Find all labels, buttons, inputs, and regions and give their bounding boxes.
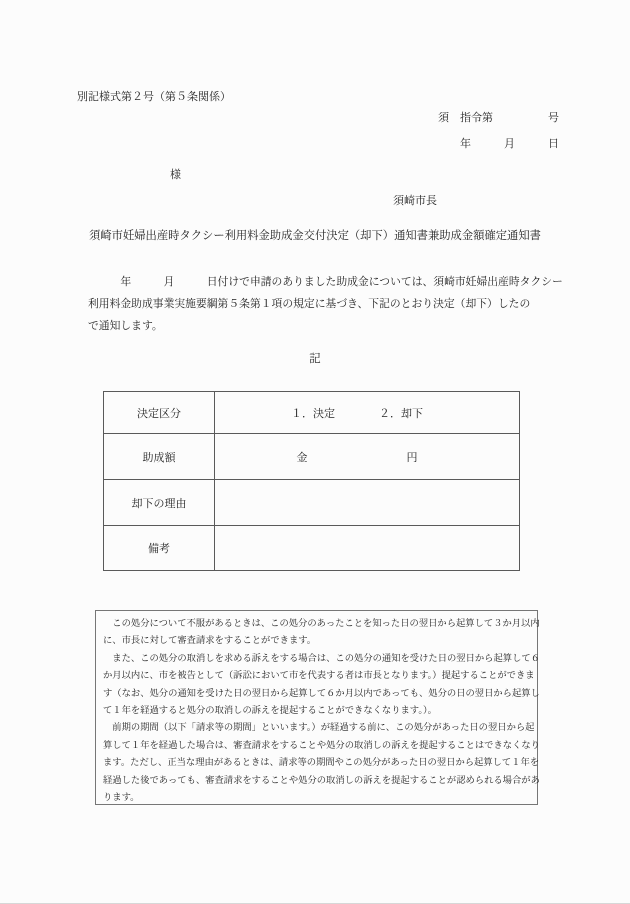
notice-line: 算して１年を経過した場合は、審査請求をすることや処分の取消しの訴えを提起すること… [103, 738, 530, 755]
notice-line: ります。 [103, 790, 530, 807]
notice-line: この処分について不服があるときは、この処分のあったことを知った日の翌日から起算し… [103, 616, 530, 633]
notice-line: 前期の期間（以下「請求等の期間」といいます。）が経過する前に、この処分があった日… [103, 720, 530, 737]
table-row-remarks: 備考 [104, 526, 520, 571]
row-label: 備考 [104, 526, 215, 571]
body-paragraph: 年 月 日付けで申請のありました助成金については、須崎市妊婦出産時タクシー 利用… [88, 271, 568, 337]
notice-line: か月以内に、市を被告として（訴訟において市を代表する者は市長となります。）提起す… [103, 668, 530, 685]
table-row-decision-category: 決定区分 １．決定 ２．却下 [104, 392, 520, 434]
body-line: 利用料金助成事業実施要綱第５条第１項の規定に基づき、下記のとおり決定（却下）した… [88, 293, 568, 315]
notice-line: に、市長に対して審査請求をすることができます。 [103, 633, 530, 650]
notice-line: また、この処分の取消しを求める訴えをする場合は、この処分の通知を受けた日の翌日か… [103, 651, 530, 668]
addressee-suffix: 様 [170, 166, 181, 182]
notice-line: す（なお、処分の通知を受けた日の翌日から起算して６か月以内であっても、処分の日の… [103, 686, 530, 703]
notice-line: て１年を経過すると処分の取消しの訴えを提起することができなくなります。）。 [103, 703, 530, 720]
body-line: 年 月 日付けで申請のありました助成金については、須崎市妊婦出産時タクシー [88, 271, 568, 293]
row-value [215, 480, 520, 526]
row-label: 助成額 [104, 434, 215, 480]
document-page: 別記様式第２号（第５条関係） 須 指令第 号 年 月 日 様 須崎市長 須崎市妊… [0, 0, 630, 904]
appeal-notice-box: この処分について不服があるときは、この処分のあったことを知った日の翌日から起算し… [95, 610, 538, 805]
notice-line: 経過した後であっても、審査請求をすることや処分の取消しの訴えを提起することが認め… [103, 773, 530, 790]
table-row-rejection-reason: 却下の理由 [104, 480, 520, 526]
notice-line: ます。ただし、正当な理由があるときは、請求等の期間やこの処分があった日の翌日から… [103, 755, 530, 772]
row-value [215, 526, 520, 571]
issue-date-line: 年 月 日 [460, 135, 559, 151]
document-title: 須崎市妊婦出産時タクシー利用料金助成金交付決定（却下）通知書兼助成金額確定通知書 [0, 227, 630, 243]
row-label: 却下の理由 [104, 480, 215, 526]
body-line: で通知します。 [88, 315, 568, 337]
decision-table: 決定区分 １．決定 ２．却下 助成額 金 円 却下の理由 備考 [103, 391, 520, 571]
sender-name: 須崎市長 [393, 192, 437, 208]
form-id: 別記様式第２号（第５条関係） [77, 88, 231, 104]
table-row-subsidy-amount: 助成額 金 円 [104, 434, 520, 480]
row-label: 決定区分 [104, 392, 215, 434]
document-number-line: 須 指令第 号 [438, 109, 559, 125]
record-heading: 記 [0, 350, 630, 366]
row-value: 金 円 [215, 434, 520, 480]
row-value: １．決定 ２．却下 [215, 392, 520, 434]
